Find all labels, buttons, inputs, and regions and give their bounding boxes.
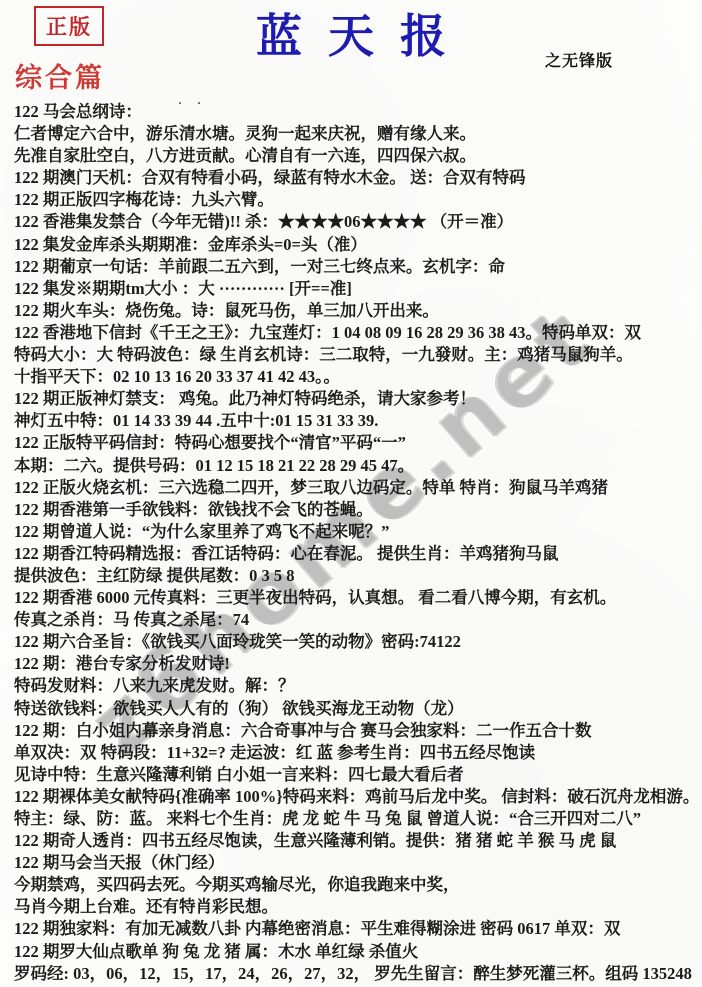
text-line: 122 期澳门天机：合双有特看小码，绿蓝有特水木金。 送：合双有特码	[14, 167, 692, 189]
text-line: 122 期六合圣旨：《欲钱买八面玲珑笑一笑的动物》密码:74122	[14, 631, 692, 653]
text-line: 特主：绿、防：蓝。 来料七个生肖：虎 龙 蛇 牛 马 兔 鼠 曾道人说：“合三开…	[14, 808, 692, 830]
text-line: 122 马会总纲诗：	[14, 101, 692, 123]
text-line: 122 期正版四字梅花诗：九头六臂。	[14, 189, 692, 211]
text-line: 122 期香港 6000 元传真料：三更半夜出特码，认真想。 看二看八博今期，有…	[14, 587, 692, 609]
text-line: 122 期独家料：有加无减数八卦 内幕绝密消息：平生难得糊涂进 密码 0617 …	[14, 918, 692, 940]
text-line: 122 集发金库杀头期期准：金库杀头=0=头（准）	[14, 234, 692, 256]
text-line: 十指平天下：02 10 13 16 20 33 37 41 42 43。。	[14, 366, 692, 388]
section-heading: 综合篇	[15, 56, 105, 95]
text-line: 122 香港地下信封《千王之王》：九宝莲灯：1 04 08 09 16 28 2…	[14, 322, 692, 344]
text-line: 今期禁鸡，买四码去死。今期买鸡输尽光，你追我跑来中奖，	[14, 874, 692, 896]
text-line: 122 期正版神灯禁支： 鸡兔。此乃神灯特码绝杀，请大家参考！	[14, 388, 692, 410]
text-line: 特送欲钱料：欲钱买人人有的（狗） 欲钱买海龙王动物（龙）	[14, 698, 692, 720]
text-line: 122 正版火烧玄机：三六选稳二四开，梦三取八边码定。特单 特肖：狗鼠马羊鸡猪	[14, 477, 692, 499]
text-line: 122 期奇人透肖：四书五经尽饱读，生意兴隆薄利销。提供：猪 猪 蛇 羊 猴 马…	[14, 830, 692, 852]
text-line: 122 期曾道人说：“为什么家里养了鸡飞不起来呢？”	[14, 521, 692, 543]
text-line: 单双决：双 特码段：11+32=? 走运波：红 蓝 参考生肖：四书五经尽饱读	[14, 742, 692, 764]
text-line: 本期：二六。提供号码：01 12 15 18 21 22 28 29 45 47…	[14, 455, 692, 477]
text-line: 122 期：白小姐内幕亲身消息：六合奇事冲与合 赛马会独家料：二一作五合十数	[14, 720, 692, 742]
text-line: 见诗中特：生意兴隆薄利销 白小姐一言来料：四七最大看后者	[14, 764, 692, 786]
body-lines: 122 马会总纲诗：仁者博定六合中，游乐清水塘。灵狗一起来庆祝，赠有缘人来。先准…	[14, 101, 692, 985]
text-line: 特码大小：大 特码波色：绿 生肖玄机诗：三二取特，一九發财。主：鸡猪马鼠狗羊。	[14, 344, 692, 366]
text-line: 特码发财料：八来九来虎发财。解：？	[14, 675, 692, 697]
text-line: 122 期：港台专家分析发财诗!	[14, 653, 692, 675]
text-line: 传真之杀肖：马 传真之杀尾：74	[14, 609, 692, 631]
text-line: 罗码经: 03，06，12，15，17，24，26，27，32， 罗先生留言：醉…	[14, 963, 692, 985]
text-line: 122 期香港第一手欲钱料：欲钱找不会飞的苍蝇。	[14, 499, 692, 521]
text-line: 122 期马会当天报（休门经）	[14, 852, 692, 874]
text-line: 122 集发※期期tm大小 ：大 ············ [开==准]	[14, 278, 692, 300]
text-line: 122 香港集发禁合（今年无错)!! 杀：★★★★06★★★★ （开＝准）	[14, 211, 692, 233]
edition-label: 之无锋版	[545, 48, 613, 71]
text-line: 神灯五中特：01 14 33 39 44 .五中十:01 15 31 33 39…	[14, 410, 692, 432]
text-line: 122 期火车头：烧伤兔。诗：鼠死马伤，单三加八开出来。	[14, 300, 692, 322]
text-line: 122 正版特平码信封：特码心想要找个“清官”平码“一”	[14, 432, 692, 454]
text-line: 马肖今期上台难。还有特肖彩民想。	[14, 896, 692, 918]
text-line: 122 期罗大仙点歌单 狗 兔 龙 猪 属：木水 单红绿 杀值火	[14, 941, 692, 963]
text-line: 提供波色：主红防绿 提供尾数：0 3 5 8	[14, 565, 692, 587]
newspaper-page: z6home.net 正版 蓝天报 之无锋版 综合篇 · · 122 马会总纲诗…	[0, 0, 702, 987]
text-line: 122 期裸体美女献特码{准确率 100%}特码来料：鸡前马后龙中奖。 信封料：…	[14, 786, 692, 808]
text-line: 122 期香江特码精选报：香江话特码：心在春泥。 提供生肖：羊鸡猪狗马鼠	[14, 543, 692, 565]
text-line: 122 期葡京一句话：羊前跟二五六到，一对三七终点来。玄机字：命	[14, 256, 692, 278]
text-line: 先准自家肚空白，八方进贡献。心清自有一六连，四四保六叔。	[14, 145, 692, 167]
text-line: 仁者博定六合中，游乐清水塘。灵狗一起来庆祝，赠有缘人来。	[14, 123, 692, 145]
